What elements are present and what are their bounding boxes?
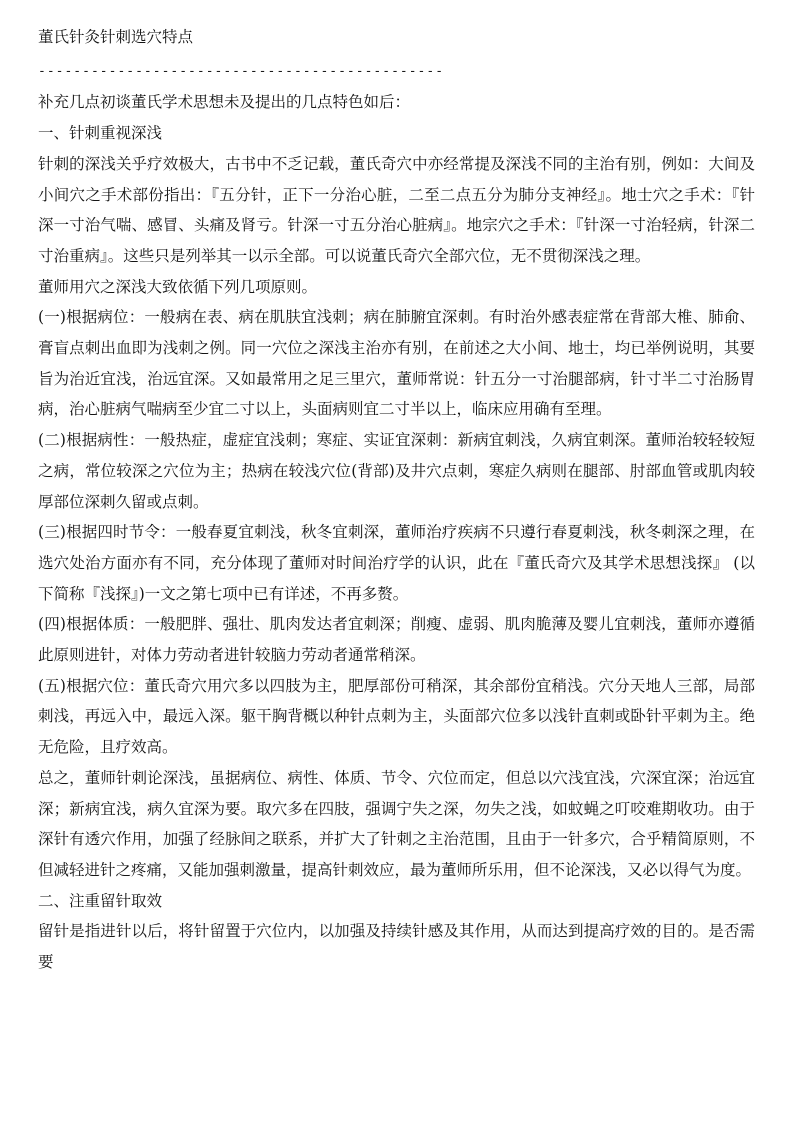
document-page: 董氏针灸针刺选穴特点 -----------------------------… [0,0,793,1122]
principles-intro-paragraph: 董师用穴之深浅大致依循下列几项原则。 [38,272,755,303]
section-1-heading: 一、针刺重视深浅 [38,118,755,149]
section-1-overview-paragraph: 针刺的深浅关乎疗效极大，古书中不乏记载，董氏奇穴中亦经常提及深浅不同的主治有别，… [38,149,755,272]
section-1-summary-paragraph: 总之，董师针刺论深浅，虽据病位、病性、体质、节令、穴位而定，但总以穴浅宜浅，穴深… [38,763,755,886]
document-title: 董氏针灸针刺选穴特点 [38,22,755,53]
principle-2-paragraph: (二)根据病性：一般热症，虚症宜浅刺；寒症、实证宜深刺：新病宜刺浅，久病宜刺深。… [38,425,755,517]
principle-3-paragraph: (三)根据四时节令：一般春夏宜刺浅，秋冬宜刺深，董师治疗疾病不只遵行春夏刺浅，秋… [38,517,755,609]
section-2-paragraph: 留针是指进针以后，将针留置于穴位内，以加强及持续针感及其作用，从而达到提高疗效的… [38,916,755,977]
principle-5-paragraph: (五)根据穴位：董氏奇穴用穴多以四肢为主，肥厚部份可稍深，其余部份宜稍浅。穴分天… [38,671,755,763]
divider-line: ----------------------------------------… [38,57,446,88]
section-2-heading: 二、注重留针取效 [38,886,755,917]
principle-4-paragraph: (四)根据体质：一般肥胖、强壮、肌肉发达者宜刺深；削瘦、虚弱、肌肉脆薄及婴儿宜刺… [38,609,755,670]
principle-1-paragraph: (一)根据病位：一般病在表、病在肌肤宜浅刺；病在肺腑宜深刺。有时治外感表症常在背… [38,302,755,425]
intro-paragraph: 补充几点初谈董氏学术思想未及提出的几点特色如后： [38,87,755,118]
